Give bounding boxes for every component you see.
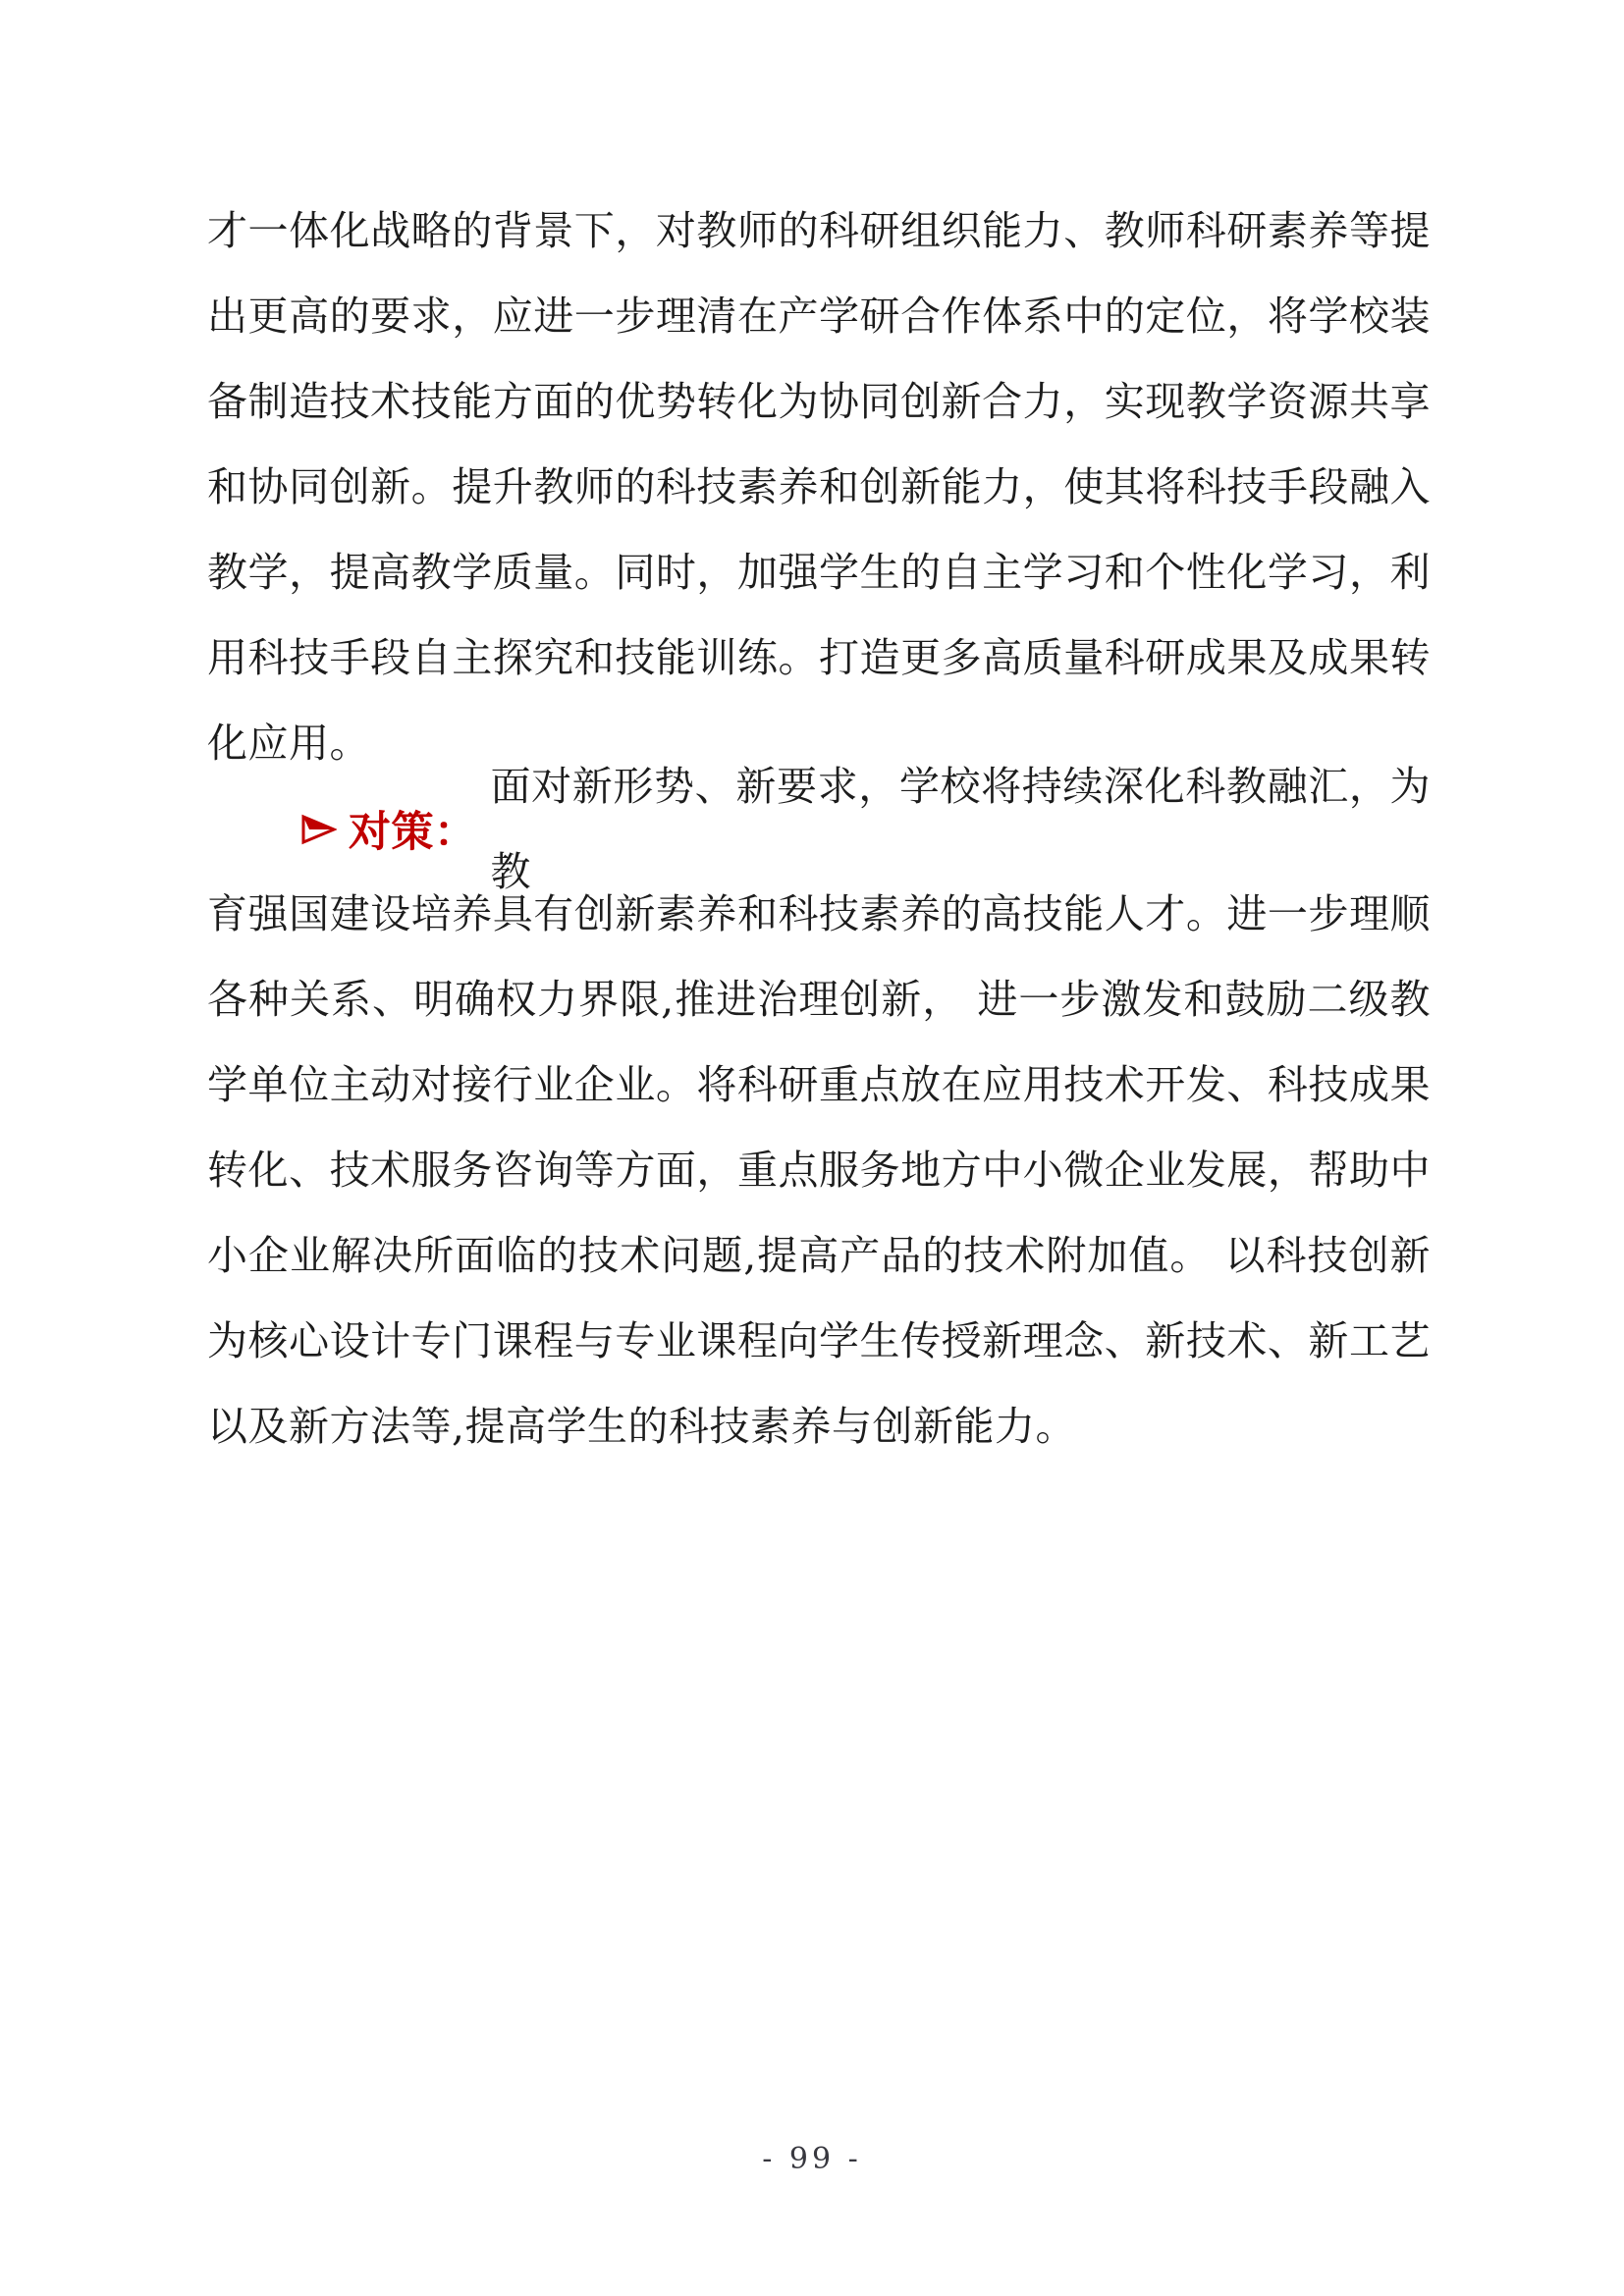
text-line: 各种关系、明确权力界限,推进治理创新， 进一步激发和鼓励二级教 [207,957,1431,1042]
text-line: 学单位主动对接行业企业。将科研重点放在应用技术开发、科技成果 [207,1042,1431,1128]
text-line: 才一体化战略的背景下，对教师的科研组织能力、教师科研素养等提 [207,188,1431,274]
text-line: 小企业解决所面临的技术问题,提高产品的技术附加值。 以科技创新 [207,1213,1431,1299]
text-line: 以及新方法等,提高学生的科技素养与创新能力。 [207,1384,1431,1469]
text-line: 转化、技术服务咨询等方面，重点服务地方中小微企业发展，帮助中 [207,1128,1431,1213]
text-line: 育强国建设培养具有创新素养和科技素养的高技能人才。进一步理顺 [207,872,1431,957]
paragraph-2-first-line: 对策： 面对新形势、新要求，学校将持续深化科教融汇，为教 [207,786,1431,872]
text-line: 为核心设计专门课程与专业课程向学生传授新理念、新技术、新工艺 [207,1299,1431,1384]
document-page: 才一体化战略的背景下，对教师的科研组织能力、教师科研素养等提出更高的要求，应进一… [0,0,1624,2296]
text-line: 用科技手段自主探究和技能训练。打造更多高质量科研成果及成果转 [207,615,1431,701]
countermeasure-label: 对策： [349,799,477,859]
body-text-block: 才一体化战略的背景下，对教师的科研组织能力、教师科研素养等提出更高的要求，应进一… [207,188,1431,1469]
text-line: 出更高的要求，应进一步理清在产学研合作体系中的定位，将学校装 [207,274,1431,359]
paragraph-2: 对策： 面对新形势、新要求，学校将持续深化科教融汇，为教 育强国建设培养具有创新… [207,786,1431,1469]
paragraph-1: 才一体化战略的背景下，对教师的科研组织能力、教师科研素养等提出更高的要求，应进一… [207,188,1431,786]
text-line: 备制造技术技能方面的优势转化为协同创新合力，实现教学资源共享 [207,359,1431,445]
arrowhead-bullet-icon [301,814,337,845]
page-number: - 99 - [0,2142,1624,2176]
paragraph-2-body: 育强国建设培养具有创新素养和科技素养的高技能人才。进一步理顺各种关系、明确权力界… [207,872,1431,1469]
text-line: 教学，提高教学质量。同时，加强学生的自主学习和个性化学习，利 [207,530,1431,615]
text-line: 和协同创新。提升教师的科技素养和创新能力，使其将科技手段融入 [207,445,1431,530]
